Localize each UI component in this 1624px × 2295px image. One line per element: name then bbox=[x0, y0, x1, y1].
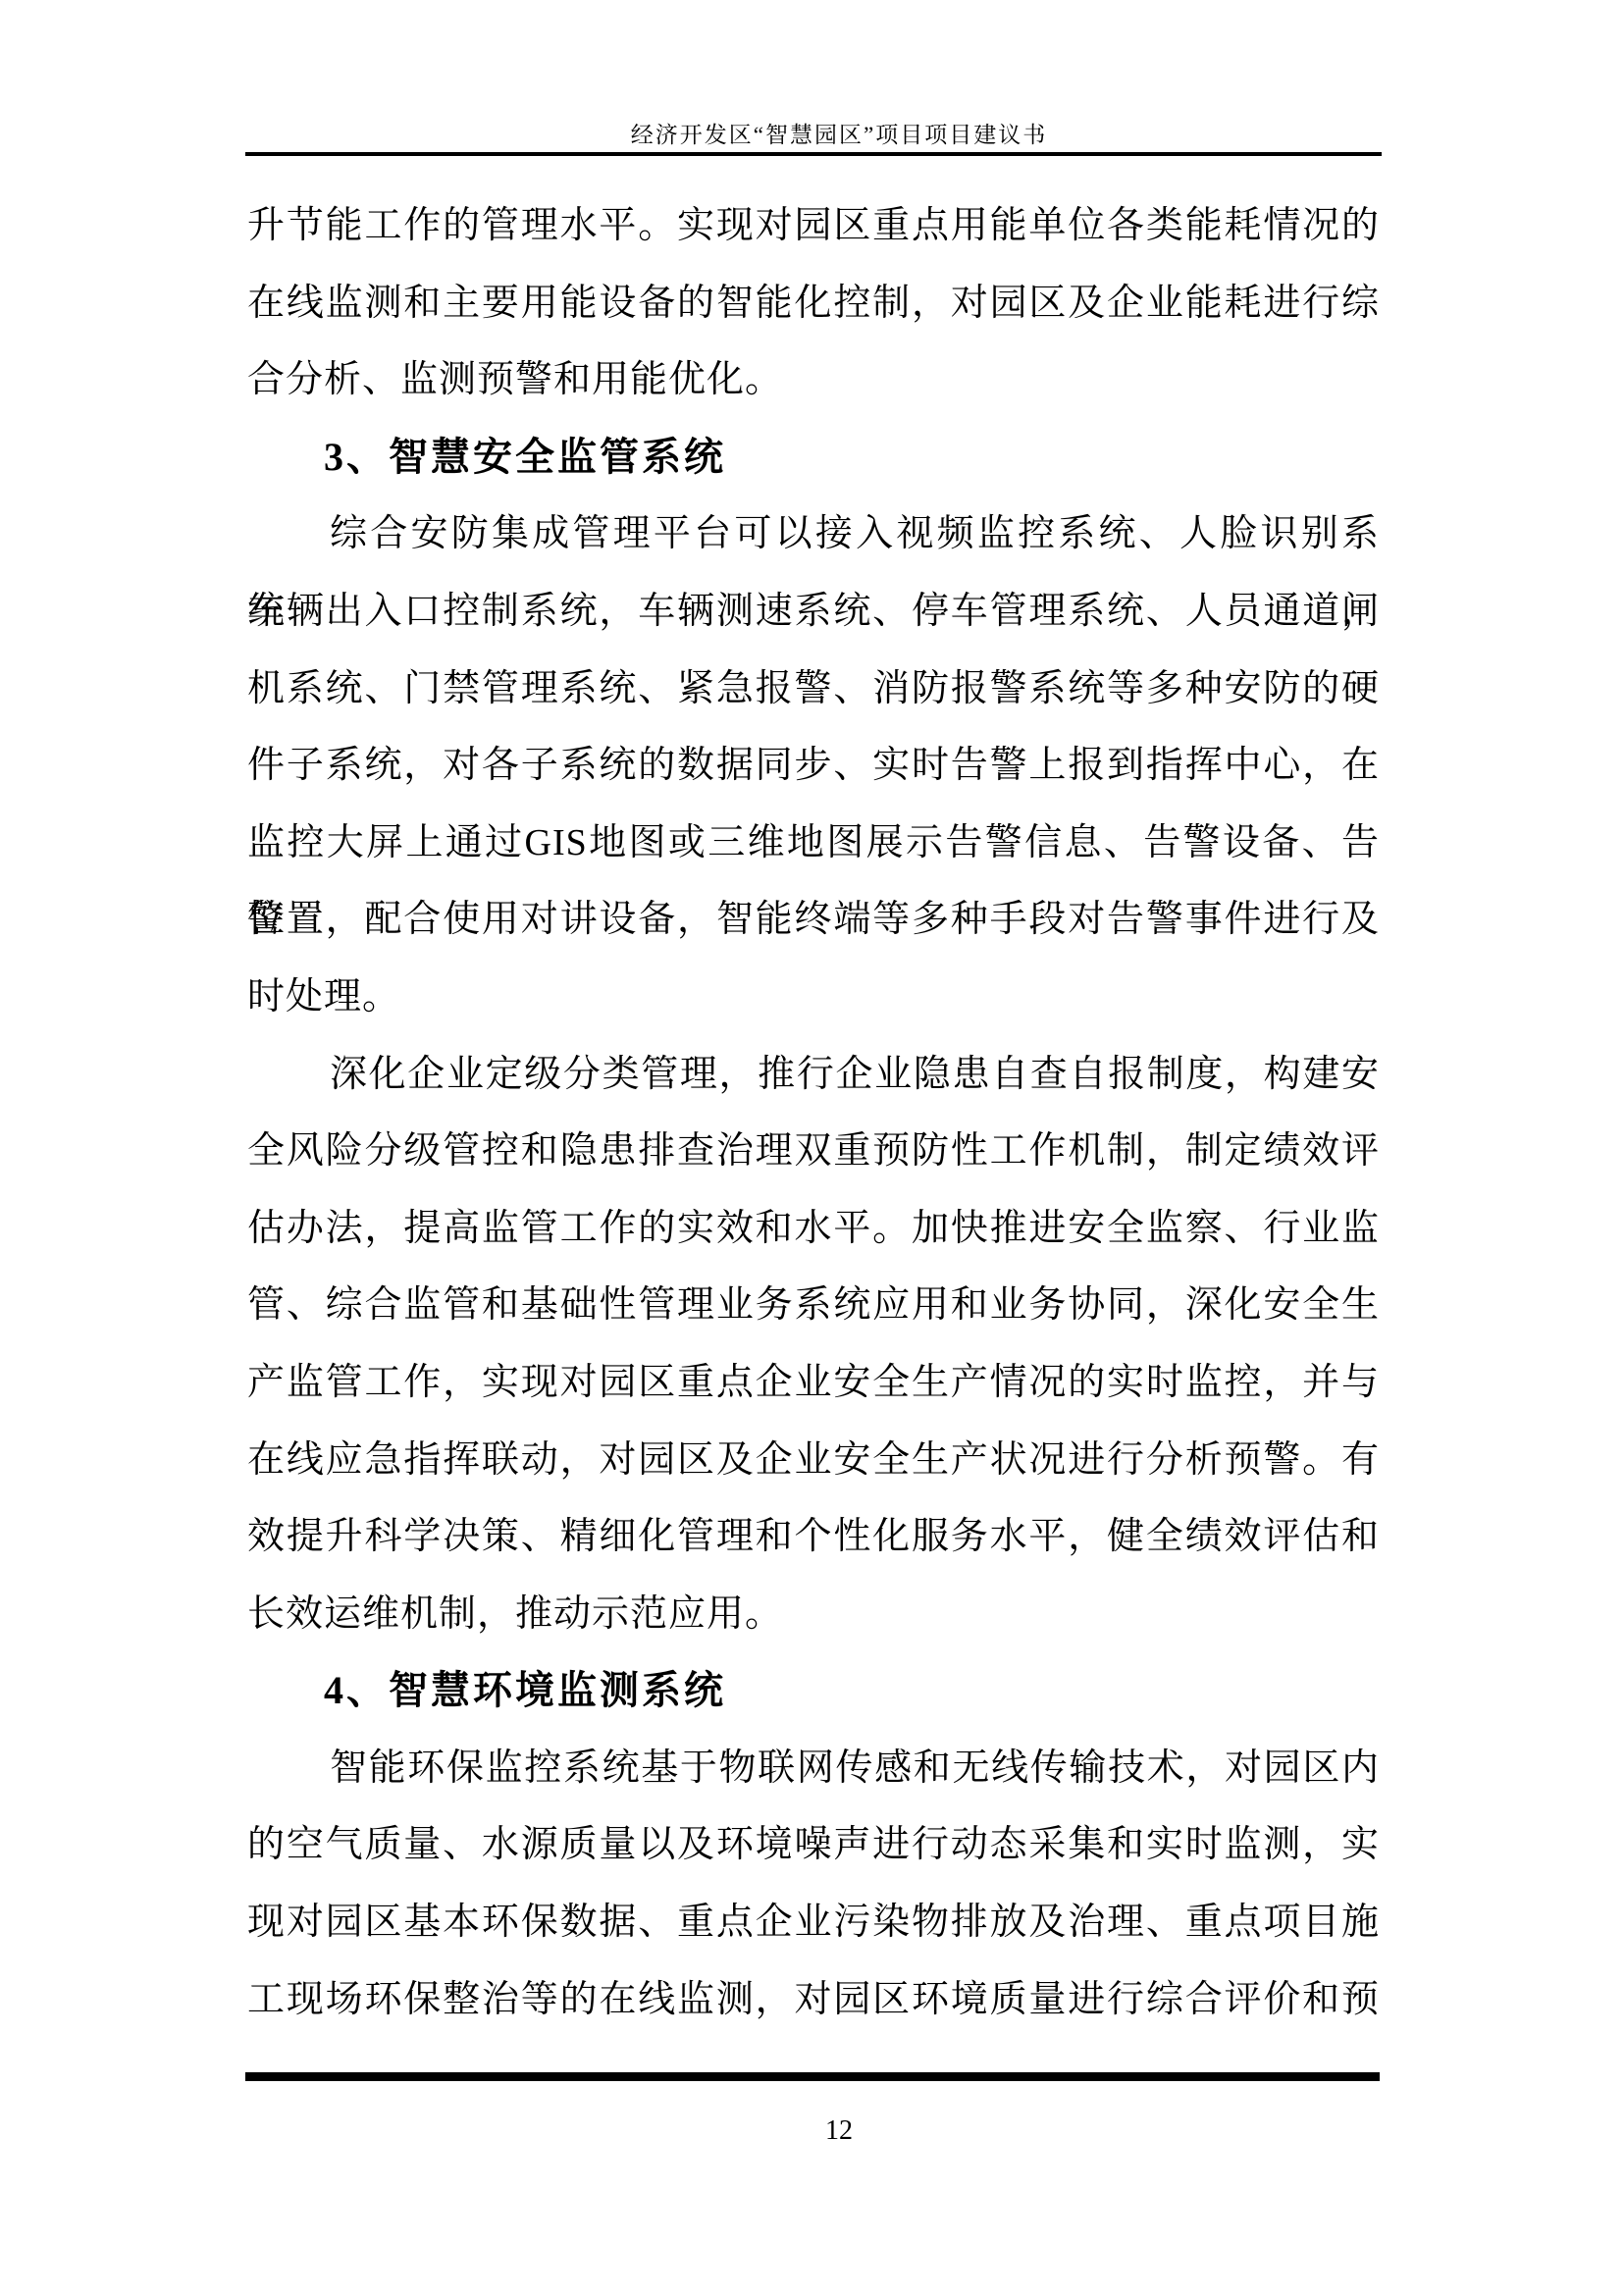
body-line: 工现场环保整治等的在线监测，对园区环境质量进行综合评价和预 bbox=[247, 1961, 1380, 2039]
body-line: 的空气质量、水源质量以及环境噪声进行动态采集和实时监测，实 bbox=[247, 1806, 1380, 1884]
body-line: 深化企业定级分类管理，推行企业隐患自查自报制度，构建安 bbox=[247, 1036, 1380, 1114]
body-line: 时处理。 bbox=[247, 959, 1380, 1036]
body-line: 长效运维机制，推动示范应用。 bbox=[247, 1576, 1380, 1653]
body-line: 现对园区基本环保数据、重点企业污染物排放及治理、重点项目施 bbox=[247, 1884, 1380, 1961]
body-line: 智能环保监控系统基于物联网传感和无线传输技术，对园区内 bbox=[247, 1730, 1380, 1807]
body-line: 在线监测和主要用能设备的智能化控制，对园区及企业能耗进行综 bbox=[247, 265, 1380, 342]
body-line: 合分析、监测预警和用能优化。 bbox=[247, 341, 1380, 419]
body-line: 机系统、门禁管理系统、紧急报警、消防报警系统等多种安防的硬 bbox=[247, 651, 1380, 728]
body-line: 估办法，提高监管工作的实效和水平。加快推进安全监察、行业监 bbox=[247, 1190, 1380, 1268]
page-number: 12 bbox=[247, 2112, 1380, 2151]
body-line: 效提升科学决策、精细化管理和个性化服务水平，健全绩效评估和 bbox=[247, 1498, 1380, 1576]
body-line: 升节能工作的管理水平。实现对园区重点用能单位各类能耗情况的 bbox=[247, 187, 1380, 265]
document-body: 升节能工作的管理水平。实现对园区重点用能单位各类能耗情况的 在线监测和主要用能设… bbox=[247, 187, 1380, 2038]
document-page: 经济开发区“智慧园区”项目项目建议书 升节能工作的管理水平。实现对园区重点用能单… bbox=[0, 0, 1624, 2295]
body-line: 车辆出入口控制系统，车辆测速系统、停车管理系统、人员通道闸 bbox=[247, 573, 1380, 651]
body-line: 在线应急指挥联动，对园区及企业安全生产状况进行分析预警。有 bbox=[247, 1422, 1380, 1499]
body-line: 综合安防集成管理平台可以接入视频监控系统、人脸识别系统， bbox=[247, 496, 1380, 573]
body-line: 管、综合监管和基础性管理业务系统应用和业务协同，深化安全生 bbox=[247, 1267, 1380, 1344]
body-line: 件子系统，对各子系统的数据同步、实时告警上报到指挥中心，在 bbox=[247, 727, 1380, 805]
section-heading-4: 4、智慧环境监测系统 bbox=[247, 1652, 1380, 1730]
section-heading-3: 3、智慧安全监管系统 bbox=[247, 419, 1380, 496]
body-line: 监控大屏上通过GIS地图或三维地图展示告警信息、告警设备、告警 bbox=[247, 805, 1380, 882]
body-line: 位置，配合使用对讲设备，智能终端等多种手段对告警事件进行及 bbox=[247, 881, 1380, 959]
footer-rule bbox=[245, 2072, 1380, 2081]
header-rule bbox=[245, 152, 1382, 156]
body-line: 产监管工作，实现对园区重点企业安全生产情况的实时监控，并与 bbox=[247, 1344, 1380, 1422]
body-line: 全风险分级管控和隐患排查治理双重预防性工作机制，制定绩效评 bbox=[247, 1113, 1380, 1190]
header-title: 经济开发区“智慧园区”项目项目建议书 bbox=[247, 119, 1380, 152]
